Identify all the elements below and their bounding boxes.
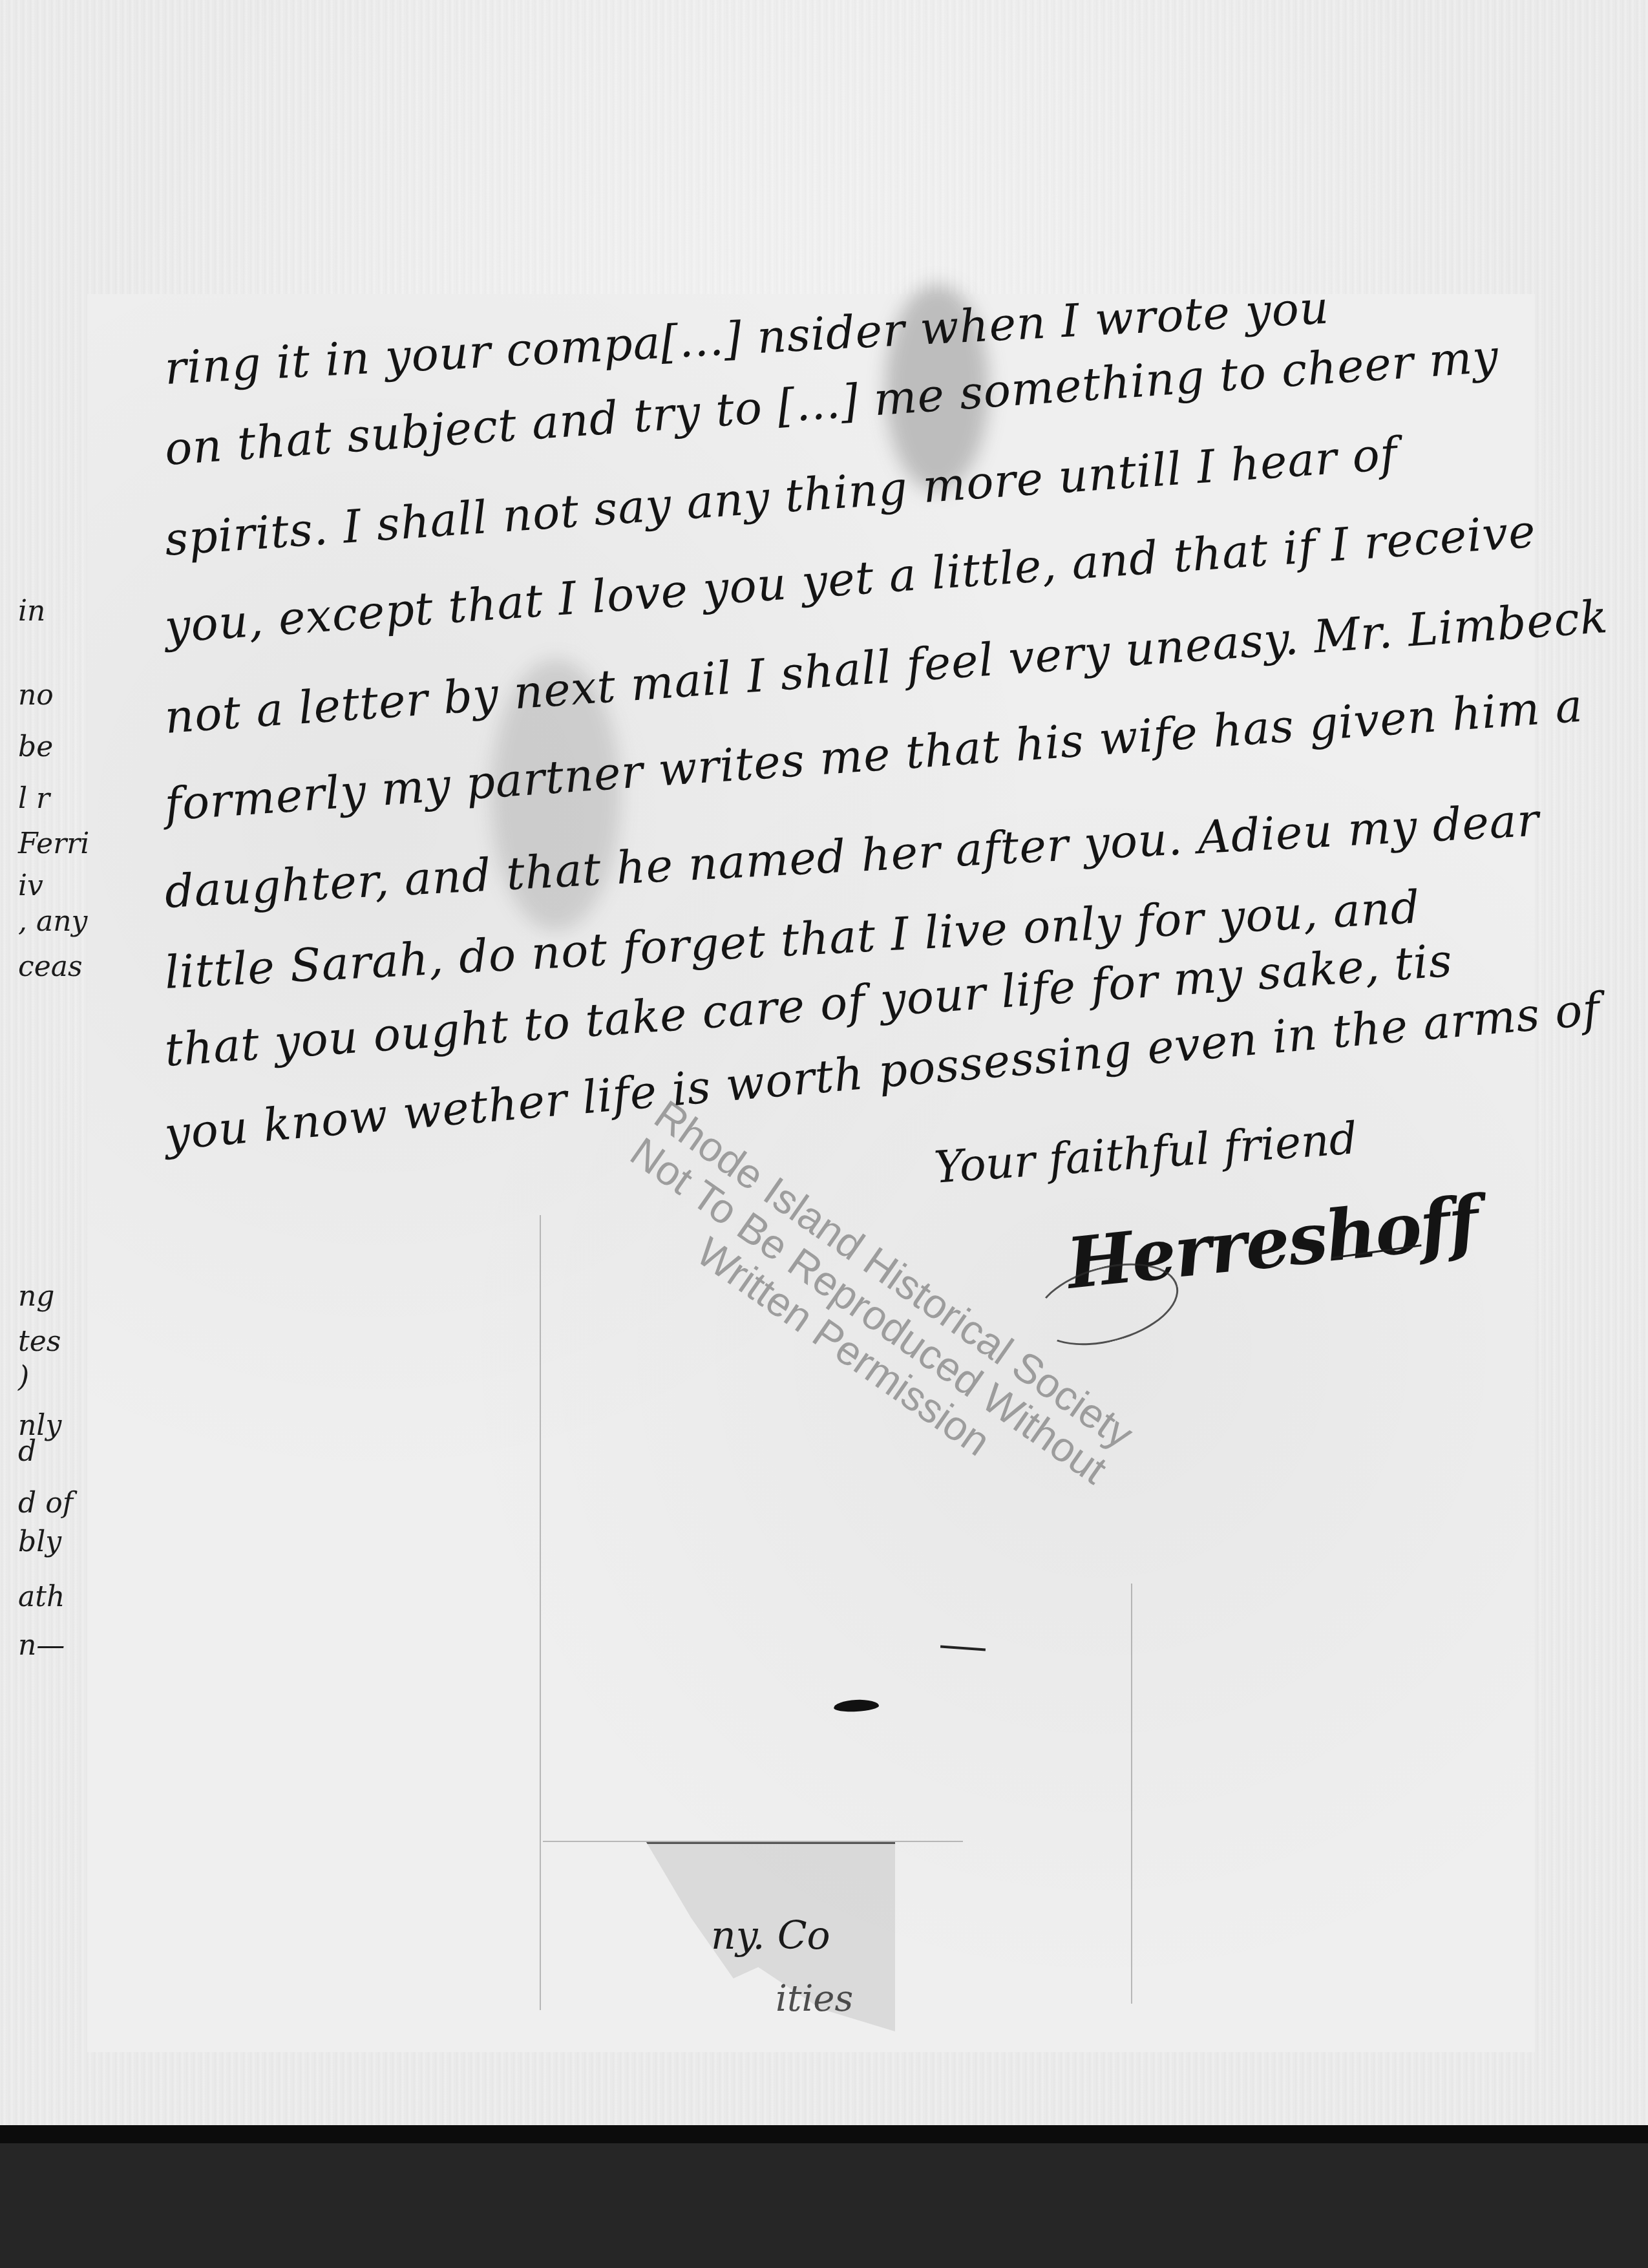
margin-fragment: iv: [18, 869, 43, 902]
margin-fragment: d of: [18, 1487, 73, 1520]
scanner-bed: [0, 2143, 1648, 2268]
left-margin-fragments: in no be l r Ferri iv , any ceas ng tes …: [18, 569, 89, 1991]
scanned-page: in no be l r Ferri iv , any ceas ng tes …: [0, 0, 1648, 2126]
margin-fragment: , any: [18, 905, 87, 938]
letter-body: ring it in your compa[...] nsider when I…: [165, 0, 1554, 1163]
margin-fragment: n—: [18, 1629, 65, 1662]
seal-fragment-text: ities: [776, 1978, 853, 2020]
seal-fragment-text: ny. Co: [711, 1913, 830, 1958]
margin-fragment: tes: [18, 1325, 61, 1358]
margin-fragment: no: [18, 679, 54, 712]
fold-line-right: [1131, 1584, 1132, 2004]
margin-fragment: l r: [18, 782, 50, 815]
margin-fragment: ng: [18, 1280, 55, 1313]
fold-line-bottom: [543, 1841, 963, 1842]
margin-fragment: ): [18, 1361, 29, 1394]
margin-fragment: be: [18, 730, 53, 763]
scanner-edge: [0, 2125, 1648, 2143]
margin-fragment: in: [18, 595, 45, 628]
fold-line-left: [540, 1215, 541, 2010]
margin-fragment: ath: [18, 1580, 65, 1613]
margin-fragment: bly: [18, 1525, 61, 1558]
margin-fragment: ceas: [18, 950, 83, 983]
margin-fragment: Ferri: [18, 827, 89, 860]
margin-fragment: d: [18, 1435, 36, 1468]
